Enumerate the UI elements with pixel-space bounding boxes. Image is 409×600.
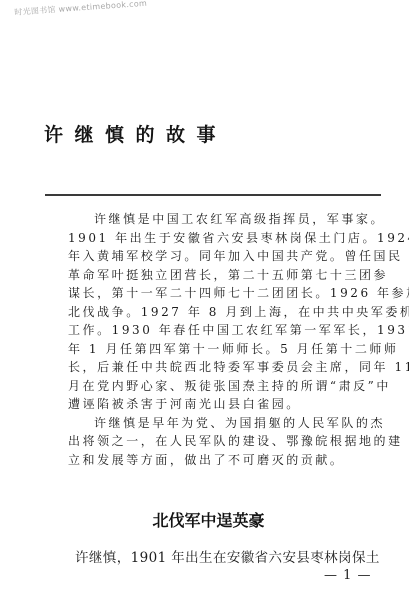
chapter-title: 许继慎的故事 xyxy=(44,120,227,147)
text-line: 长，后兼任中共皖西北特委军事委员会主席，同年 11 xyxy=(68,358,358,377)
page-number: — 1 — xyxy=(324,568,372,583)
text-line: 谋长，第十一军二十四师七十二团团长。1926 年参加 xyxy=(68,284,358,303)
text-line: 立和发展等方面，做出了不可磨灭的贡献。 xyxy=(68,451,358,470)
text-line: 工作。1930 年春任中国工农红军第一军军长，1931 xyxy=(68,321,358,340)
text-line: 出将领之一，在人民军队的建设、鄂豫皖根据地的建 xyxy=(68,432,358,451)
paragraph-2: 许继慎是早年为党、为国捐躯的人民军队的杰 出将领之一，在人民军队的建设、鄂豫皖根… xyxy=(68,414,358,470)
text-line: 月在党内野心家、叛徒张国焘主持的所谓“肃反”中 xyxy=(68,377,358,396)
text-line: 年 1 月任第四军第十一师师长。5 月任第十二师师 xyxy=(68,340,358,359)
paragraph-1: 许继慎是中国工农红军高级指挥员，军事家。 1901 年出生于安徽省六安县枣林岗保… xyxy=(68,210,358,414)
text-line: 1901 年出生于安徽省六安县枣林岗保土门店。1924 xyxy=(68,229,358,248)
title-divider xyxy=(45,194,381,196)
text-line: 北伐战争。1927 年 8 月到上海，在中共中央军委机关 xyxy=(68,303,358,322)
text-line: 遭诬陷被杀害于河南光山县白雀园。 xyxy=(68,395,358,414)
text-line: 许继慎是早年为党、为国捐躯的人民军队的杰 xyxy=(68,414,358,433)
body-text: 许继慎是中国工农红军高级指挥员，军事家。 1901 年出生于安徽省六安县枣林岗保… xyxy=(68,210,358,469)
section-first-line: 许继慎，1901 年出生在安徽省六安县枣林岗保土 xyxy=(75,546,383,566)
text-line: 年入黄埔军校学习。同年加入中国共产党。曾任国民 xyxy=(68,247,358,266)
watermark: 时光图书馆 www.etimebook.com xyxy=(14,0,147,18)
section-heading: 北伐军中逞英豪 xyxy=(0,508,409,531)
text-line: 革命军叶挺独立团营长，第二十五师第七十三团参 xyxy=(68,266,358,285)
text-line: 许继慎是中国工农红军高级指挥员，军事家。 xyxy=(68,210,358,229)
